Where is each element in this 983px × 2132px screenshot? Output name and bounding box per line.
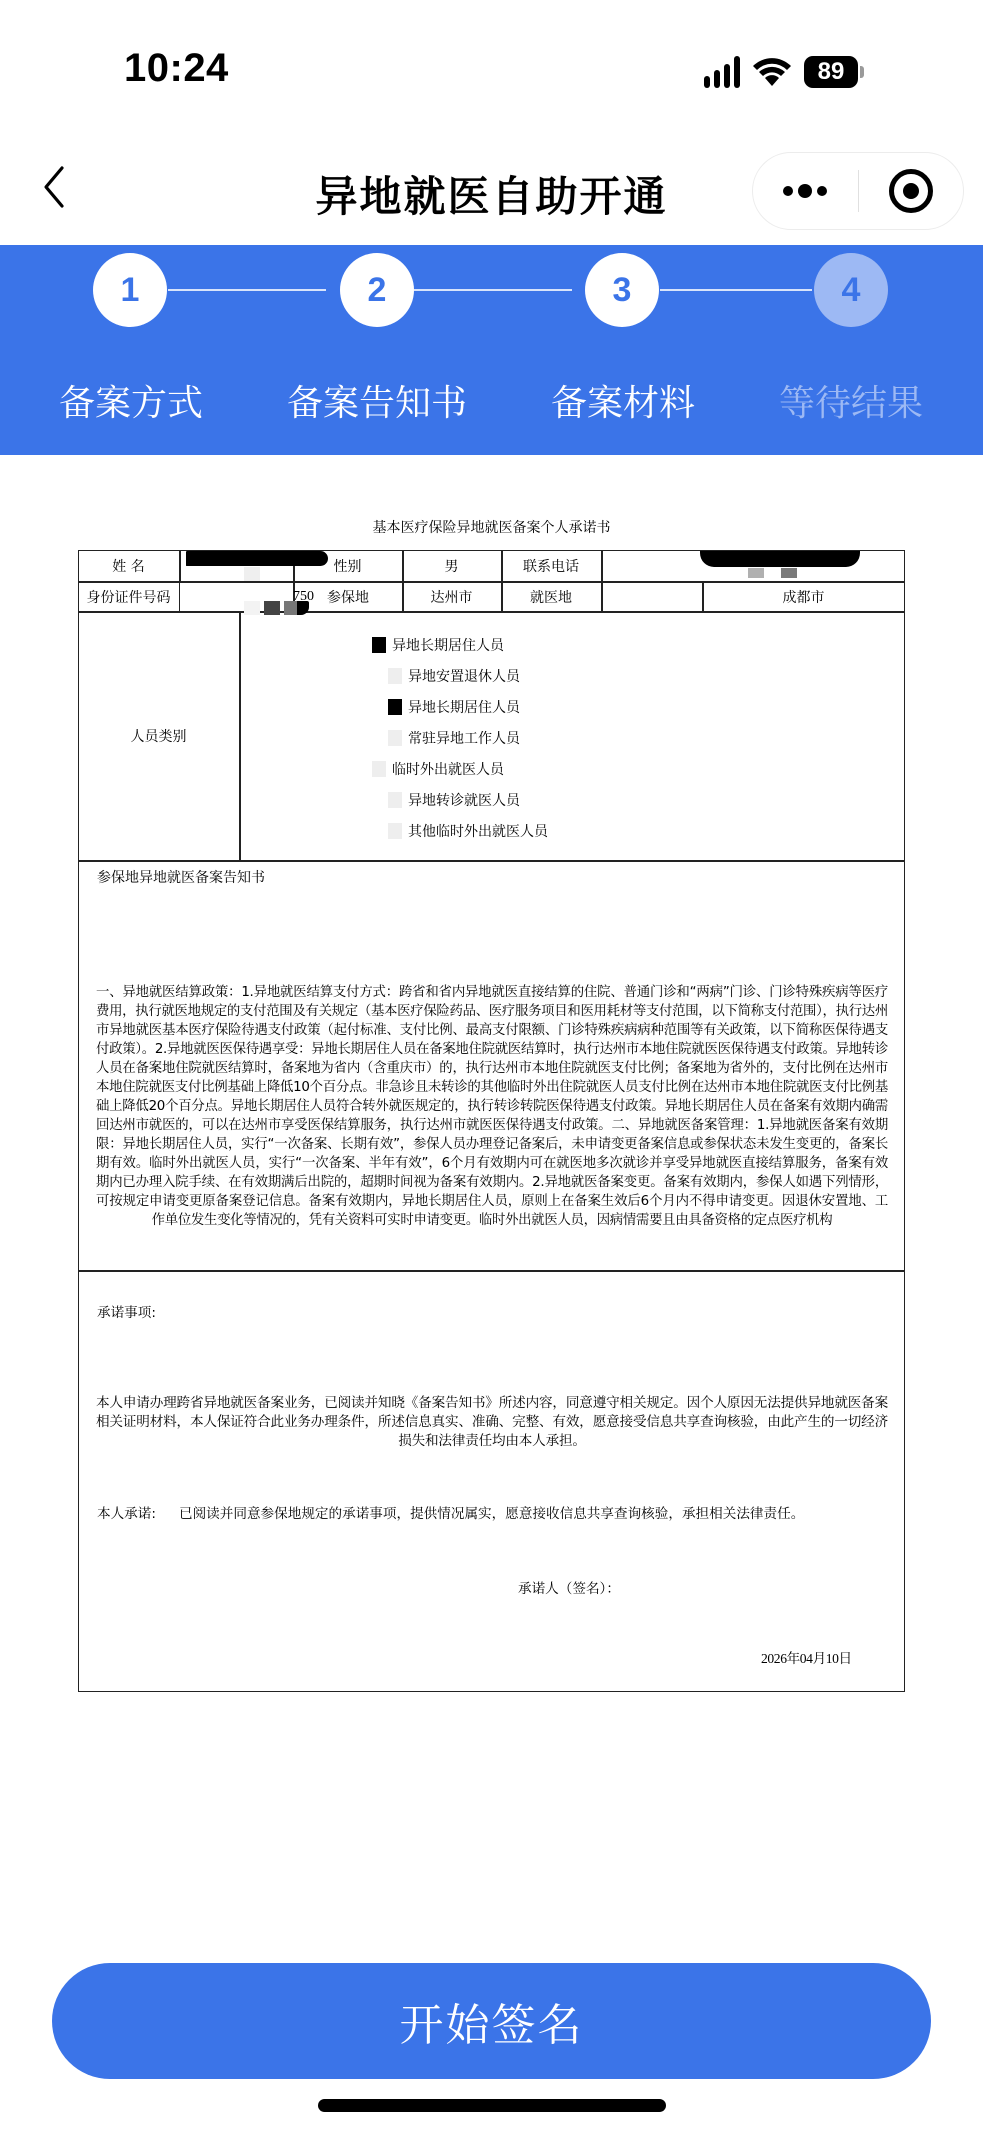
battery-level: 89 [804, 56, 858, 88]
commitment-date: 2026年04月10日 [761, 1649, 852, 1668]
step-4-label: 等待结果 [779, 375, 923, 426]
step-connector [168, 289, 326, 291]
category-option[interactable]: 异地转诊就医人员 [388, 790, 520, 810]
miniapp-capsule [752, 152, 964, 230]
self-promise-label: 本人承诺: [97, 1505, 156, 1524]
name-redaction [186, 551, 328, 566]
checkbox-checked-icon [372, 637, 386, 653]
step-3-circle: 3 [585, 253, 659, 327]
nav-bar: 异地就医自助开通 [0, 120, 983, 245]
phone-redaction [700, 551, 860, 567]
status-bar: 10:24 89 [0, 0, 983, 120]
start-signing-button[interactable]: 开始签名 [52, 1963, 931, 2079]
step-connector [414, 289, 572, 291]
category-option[interactable]: 临时外出就医人员 [372, 759, 504, 779]
close-miniapp-button[interactable] [859, 153, 964, 229]
commitment-title: 承诺事项: [97, 1304, 156, 1323]
redaction-pixel [244, 567, 260, 581]
checkbox-unchecked-icon [388, 792, 402, 808]
checkbox-unchecked-icon [388, 823, 402, 839]
step-connector [660, 289, 812, 291]
category-option[interactable]: 异地安置退休人员 [388, 666, 520, 686]
phone-label: 联系电话 [501, 550, 601, 581]
notice-title: 参保地异地就医备案告知书 [97, 867, 265, 887]
commitment-body: 本人申请办理跨省异地就医备案业务，已阅读并知晓《备案告知书》所述内容，同意遵守相… [96, 1394, 888, 1451]
id-label: 身份证件号码 [78, 581, 179, 612]
category-option[interactable]: 异地长期居住人员 [372, 635, 504, 655]
signature-label: 承诺人（签名）： [518, 1580, 620, 1599]
more-dots-icon [783, 184, 827, 198]
checkbox-checked-icon [388, 699, 402, 715]
checkbox-unchecked-icon [388, 730, 402, 746]
category-label: 人员类别 [78, 611, 239, 861]
step-2-circle: 2 [340, 253, 414, 327]
more-button[interactable] [753, 153, 858, 229]
category-option[interactable]: 常驻异地工作人员 [388, 728, 520, 748]
notice-body: 一、异地就医结算政策：1.异地就医结算支付方式：跨省和省内异地就医直接结算的住院… [96, 983, 888, 1230]
document-title: 基本医疗保险异地就医备案个人承诺书 [78, 517, 905, 537]
checkbox-unchecked-icon [372, 761, 386, 777]
category-option[interactable]: 异地长期居住人员 [388, 697, 520, 717]
redaction-pixel [284, 601, 298, 615]
insured-place-label: 参保地 [294, 581, 402, 612]
step-1-circle: 1 [93, 253, 167, 327]
redaction-pixel [244, 601, 260, 615]
gender-value: 男 [402, 550, 501, 581]
home-indicator [318, 2099, 666, 2112]
redaction-pixel [781, 568, 797, 578]
status-time: 10:24 [124, 46, 229, 91]
step-2-label: 备案告知书 [287, 375, 467, 426]
medical-place-value: 成都市 [702, 581, 905, 612]
category-option[interactable]: 其他临时外出就医人员 [388, 821, 548, 841]
self-promise-text: 已阅读并同意参保地规定的承诺事项，提供情况属实，愿意接收信息共享查询核验，承担相… [179, 1505, 899, 1524]
step-1-label: 备案方式 [59, 375, 203, 426]
status-icons: 89 [704, 54, 864, 90]
step-4-circle: 4 [814, 253, 888, 327]
cellular-signal-icon [704, 56, 740, 88]
progress-stepper: 1 2 3 4 备案方式 备案告知书 备案材料 等待结果 [0, 245, 983, 455]
name-label: 姓 名 [78, 550, 179, 581]
battery-icon: 89 [804, 56, 864, 88]
target-circle-icon [889, 169, 933, 213]
medical-place-label: 就医地 [501, 581, 601, 612]
redaction-pixel [264, 601, 280, 615]
wifi-icon [752, 56, 792, 88]
step-3-label: 备案材料 [551, 375, 695, 426]
insured-place-value: 达州市 [402, 581, 501, 612]
redaction-pixel [748, 568, 764, 578]
checkbox-unchecked-icon [388, 668, 402, 684]
